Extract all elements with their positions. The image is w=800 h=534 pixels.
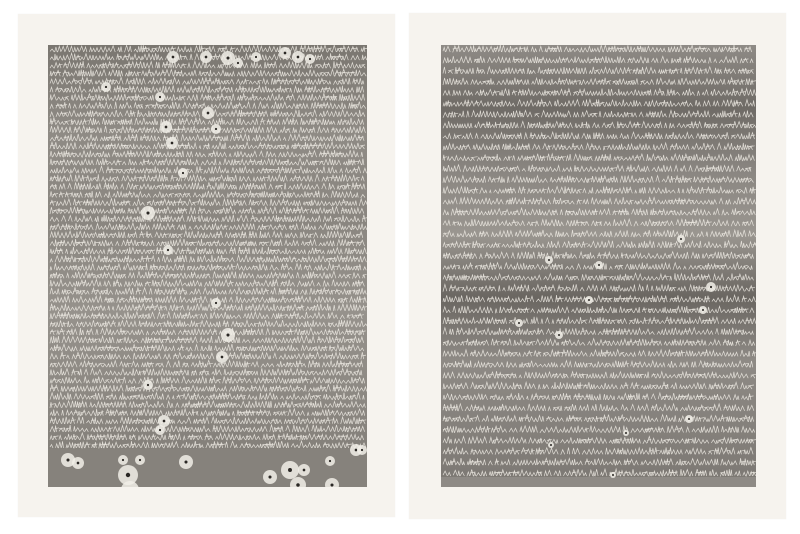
splotch-mark <box>251 52 261 62</box>
splotch-mark <box>155 92 165 102</box>
splotch-mark <box>216 351 228 363</box>
splotch-mark <box>202 107 214 119</box>
splotch-mark <box>211 124 221 134</box>
splotch-mark <box>143 380 153 390</box>
splotch-mark <box>221 51 235 65</box>
splotch-mark <box>163 245 173 255</box>
splotch-mark <box>155 425 165 435</box>
splotch-mark <box>263 470 277 484</box>
splotch-mark <box>548 442 554 448</box>
splotch-mark <box>141 206 155 220</box>
splotch-mark <box>357 445 367 455</box>
splotch-mark <box>585 296 593 304</box>
splotch-mark <box>515 319 523 327</box>
splotch-mark <box>166 137 178 149</box>
splotch-mark <box>233 58 243 68</box>
splotch-mark <box>72 457 84 469</box>
splotch-mark <box>179 455 193 469</box>
splotch-mark <box>699 306 707 314</box>
splotch-mark <box>167 51 179 63</box>
splotch-mark <box>555 331 563 339</box>
splotch-mark <box>101 82 111 92</box>
splotch-mark <box>178 168 188 178</box>
splotch-mark <box>200 51 212 63</box>
splotch-mark <box>279 47 291 59</box>
splotch-mark <box>221 328 235 342</box>
splotch-mark <box>706 282 716 292</box>
asemic-handwriting <box>48 45 367 487</box>
splotch-mark <box>160 121 172 133</box>
splotch-mark <box>118 455 128 465</box>
splotch-mark <box>610 472 616 478</box>
splotch-mark <box>135 455 145 465</box>
right-writing-plate <box>441 45 756 487</box>
splotch-mark <box>623 430 629 436</box>
splotch-mark <box>298 464 310 476</box>
splotch-mark <box>305 54 315 64</box>
splotch-mark <box>685 415 693 423</box>
splotch-mark <box>281 461 299 479</box>
splotch-mark <box>545 256 553 264</box>
left-writing-plate <box>48 45 367 487</box>
splotch-mark <box>211 298 221 308</box>
asemic-handwriting <box>441 45 756 487</box>
splotch-mark <box>677 235 685 243</box>
splotch-mark <box>292 51 304 63</box>
splotch-mark <box>595 261 603 269</box>
splotch-mark <box>325 456 335 466</box>
